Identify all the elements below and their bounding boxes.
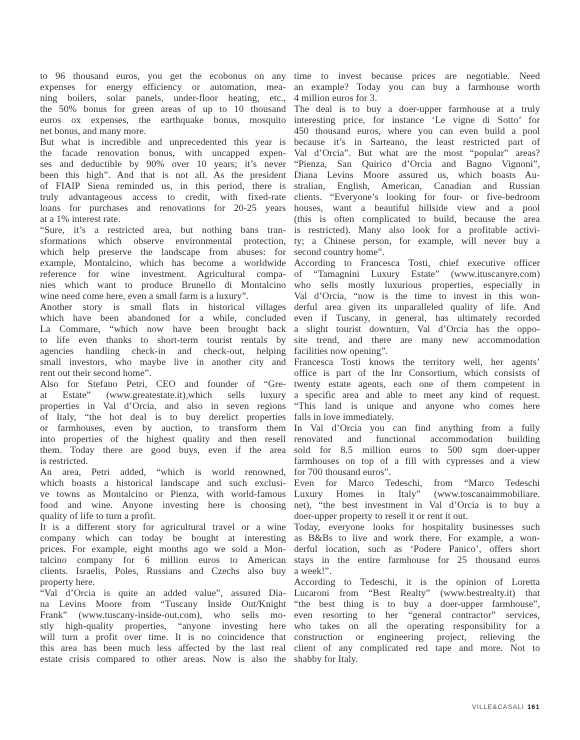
text-line: Another story is small flats in historic… (40, 302, 286, 313)
text-line: or farmhouses, even by auction, to trans… (40, 423, 286, 434)
text-line: second country home”. (294, 247, 540, 258)
text-line: as B&Bs to live and work there. For exam… (294, 533, 540, 544)
text-line: stays in the entire farmhouse for 25 tho… (294, 555, 540, 566)
text-line: them. Today there are good buys, even if… (40, 445, 286, 456)
text-line: will turn a profit over time. It is no c… (40, 632, 286, 643)
text-line: quality of life to turn a profit. (40, 511, 286, 522)
text-line: who takes on all the operating responsib… (294, 621, 540, 632)
text-line: for 700 thousand euros”. (294, 467, 540, 478)
text-line: at Estate” (www.greatestate.it),which se… (40, 390, 286, 401)
text-line: “Sure, it’s a restricted area, but nothi… (40, 225, 286, 236)
text-line: The deal is to buy a doer-upper farmhous… (294, 104, 540, 115)
text-line: “Pienza, San Quirico d’Orcia and Bagno V… (294, 159, 540, 170)
footer: VILLE&CASALI161 (472, 704, 540, 711)
text-line: because it’s in Sarteano, the least rest… (294, 137, 540, 148)
text-line: reference for wine investment. Agricultu… (40, 269, 286, 280)
text-line: doer-upper property to resell it or rent… (294, 511, 540, 522)
text-line: sold for 8.5 million euros to 500 sqm do… (294, 445, 540, 456)
magazine-title: VILLE&CASALI (472, 704, 524, 711)
text-line: example, Montalcino, which has become a … (40, 258, 286, 269)
text-line: sformations which observe environmental … (40, 236, 286, 247)
text-line: ses and deductible by 90% over 10 years;… (40, 159, 286, 170)
text-line: It is a different story for agricultural… (40, 522, 286, 533)
text-line: of “Tamagnini Luxury Estate” (www.itusca… (294, 269, 540, 280)
text-line: even resorting to her “general contracto… (294, 610, 540, 621)
text-line: Val d’Orcia, “now is the time to invest … (294, 291, 540, 302)
text-line: wine need come here, even a small farm i… (40, 291, 286, 302)
text-line: derful location, such as ‘Podere Panico’… (294, 544, 540, 555)
text-line: twenty estate agents, each one of them c… (294, 379, 540, 390)
text-line: “This land is unique and anyone who come… (294, 401, 540, 412)
text-line: into properties of the highest quality a… (40, 434, 286, 445)
text-line: An area, Petri added, “which is world re… (40, 467, 286, 478)
text-line: client of any complicated red tape and m… (294, 643, 540, 654)
text-line: renovated and functional accommodation b… (294, 434, 540, 445)
text-line: stralian, English, American, Canadian an… (294, 181, 540, 192)
text-line: “the best thing is to buy a doer-upper f… (294, 599, 540, 610)
text-line: which help preserve the landscape from a… (40, 247, 286, 258)
text-line: even if Tuscany, in general, has ultimat… (294, 313, 540, 324)
text-line: truly advantageous access to credit, wit… (40, 192, 286, 203)
text-line: the facade renovation bonus, with uncapp… (40, 148, 286, 159)
right-column: time to invest because prices are negoti… (294, 71, 540, 665)
text-line: ve towns as Montalcino or Pienza, with w… (40, 489, 286, 500)
magazine-page: to 96 thousand euros, you get the ecobon… (0, 0, 580, 740)
text-line: loans for purchases and renovations for … (40, 203, 286, 214)
text-line: Even for Marco Tedeschi, from “Marco Ted… (294, 478, 540, 489)
text-line: Diana Levins Moore assured us, which boa… (294, 170, 540, 181)
text-line: ty; a Chinese person, for example, will … (294, 236, 540, 247)
text-line: net), “the best investment in Val d’Orci… (294, 500, 540, 511)
text-line: properties in Val d’Orcia, and also in s… (40, 401, 286, 412)
text-line: a slight tourist downturn, Val d’Orcia h… (294, 324, 540, 335)
text-line: this area has been much less affected by… (40, 643, 286, 654)
text-line: (this is often complicated to build, bec… (294, 214, 540, 225)
text-line: facilities now opening”. (294, 346, 540, 357)
text-line: is restricted. (40, 456, 286, 467)
text-line: euros ox expenses, the earthquake bonus,… (40, 115, 286, 126)
text-line: interesting price, for instance ‘Le vign… (294, 115, 540, 126)
text-line: an example? Today you can buy a farmhous… (294, 82, 540, 93)
text-line: Lucaroni from “Best Realty” (www.bestrea… (294, 588, 540, 599)
text-line: company which can today be bought at int… (40, 533, 286, 544)
left-column: to 96 thousand euros, you get the ecobon… (40, 71, 286, 665)
text-line: a week!”. (294, 566, 540, 577)
text-line: Val d’Orcia”. But what are the most “pop… (294, 148, 540, 159)
text-line: 4 million euros for 3. (294, 93, 540, 104)
text-line: the 50% bonus for green areas of up to 1… (40, 104, 286, 115)
text-line: expenses for energy efficiency or automa… (40, 82, 286, 93)
text-line: rent out their second home”. (40, 368, 286, 379)
text-line: of FIAIP Siena reminded us, in this peri… (40, 181, 286, 192)
text-line: nies which want to produce Brunello di M… (40, 280, 286, 291)
text-line: time to invest because prices are negoti… (294, 71, 540, 82)
page-number: 161 (527, 704, 540, 711)
text-line: In Val d’Orcia you can find anything fro… (294, 423, 540, 434)
text-line: farmhouses on top of a fill with cypress… (294, 456, 540, 467)
text-line: at a 1% interest rate. (40, 214, 286, 225)
text-line: Also for Stefano Petri, CEO and founder … (40, 379, 286, 390)
text-line: Today, everyone looks for hospitality bu… (294, 522, 540, 533)
text-line: agencies handling check-in and check-out… (40, 346, 286, 357)
text-line: construction or engineering project, rel… (294, 632, 540, 643)
text-line: But what is incredible and unprecedented… (40, 137, 286, 148)
text-line: a specific area and able to meet any kin… (294, 390, 540, 401)
text-line: Francesca Tosti knows the territory well… (294, 357, 540, 368)
text-line: Luxury Homes in Italy” (www.toscanaimmob… (294, 489, 540, 500)
text-line: who sells mostly luxurious properties, e… (294, 280, 540, 291)
text-line: Frank” (www.tuscany-inside-out.com), who… (40, 610, 286, 621)
text-line: which have been abandoned for a while, c… (40, 313, 286, 324)
text-line: houses, want a beautiful hillside view a… (294, 203, 540, 214)
text-line: property here. (40, 577, 286, 588)
text-line: to 96 thousand euros, you get the ecobon… (40, 71, 286, 82)
text-line: is restricted). Many also look for a pro… (294, 225, 540, 236)
text-line: clients. “Everyone’s looking for four- o… (294, 192, 540, 203)
text-line: shabby for Italy. (294, 654, 540, 665)
text-line: According to Tedeschi, it is the opinion… (294, 577, 540, 588)
text-line: “Val d’Orcia is quite an added value”, a… (40, 588, 286, 599)
text-line: which boasts a historical landscape and … (40, 478, 286, 489)
text-line: na Levins Moore from “Tuscany Inside Out… (40, 599, 286, 610)
text-line: According to Francesca Tosti, chief exec… (294, 258, 540, 269)
text-line: estate crisis compared to other areas. N… (40, 654, 286, 665)
text-line: site trend, and there are many new accom… (294, 335, 540, 346)
text-line: talcino company for 6 million euros to A… (40, 555, 286, 566)
text-line: prices. For example, eight months ago we… (40, 544, 286, 555)
text-line: 450 thousand euros, where you can even b… (294, 126, 540, 137)
text-line: small investors, who maybe live in anoth… (40, 357, 286, 368)
text-line: falls in love immediately. (294, 412, 540, 423)
text-line: ning boilers, solar panels, under-floor … (40, 93, 286, 104)
text-line: La Commare, “which now have been brought… (40, 324, 286, 335)
text-line: been this high”. And that is not all. As… (40, 170, 286, 181)
text-line: food and wine. Anyone investing here is … (40, 500, 286, 511)
text-line: clients. Israelis, Poles, Russians and C… (40, 566, 286, 577)
text-line: to life even thanks to short-term touris… (40, 335, 286, 346)
text-line: office is part of the Inr Consortium, wh… (294, 368, 540, 379)
text-line: derful area given its unparalleled quali… (294, 302, 540, 313)
text-line: of Italy, “the hot deal is to buy dereli… (40, 412, 286, 423)
text-line: net bonus, and many more. (40, 126, 286, 137)
text-line: stly high-quality properties, “anyone in… (40, 621, 286, 632)
